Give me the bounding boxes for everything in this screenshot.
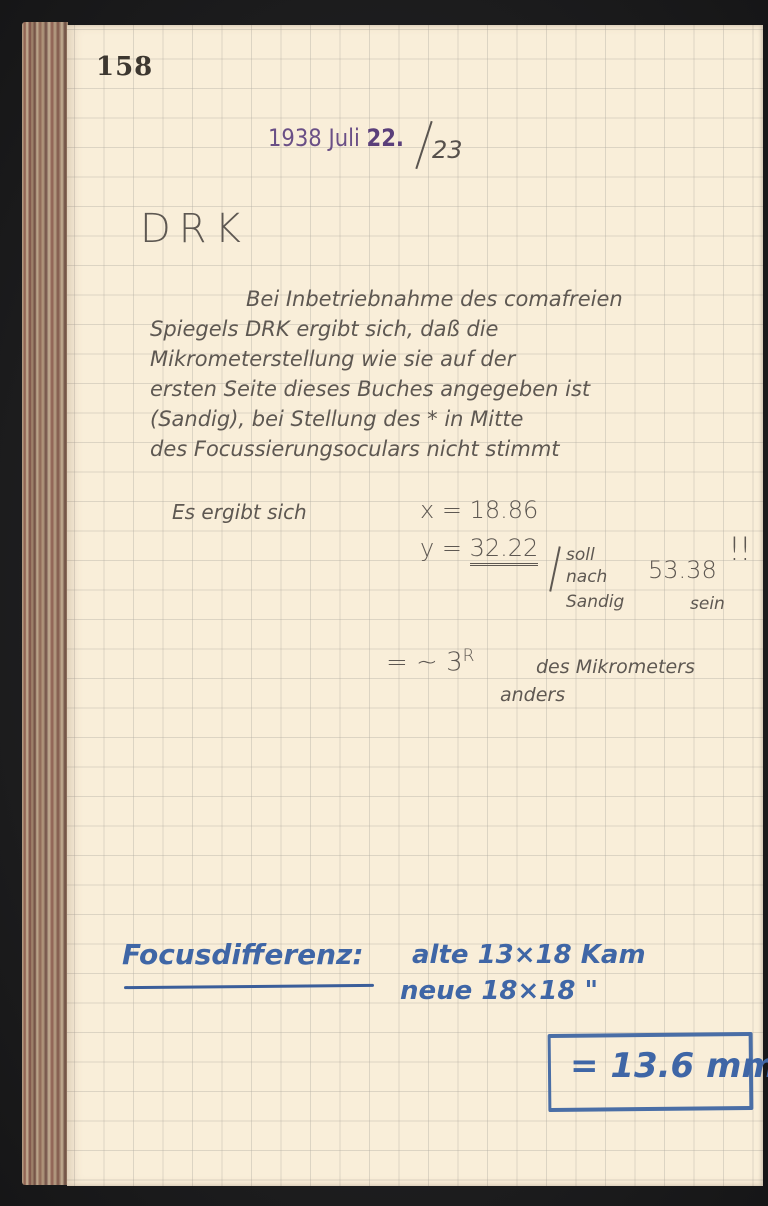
- stamp-day: 22.: [367, 124, 404, 152]
- sandig-text: Sandig: [566, 592, 624, 612]
- soll-line1: soll: [566, 544, 607, 566]
- approx-superscript: R: [463, 646, 475, 666]
- exclamation-mark: !!: [728, 530, 750, 568]
- result-label: Es ergibt sich: [172, 500, 307, 524]
- paragraph-line: Bei Inbetriebnahme des comafreien: [150, 284, 740, 314]
- y-value: 32.22: [470, 534, 539, 566]
- paragraph-line: Mikrometerstellung wie sie auf der: [150, 344, 740, 374]
- sein-text: sein: [690, 594, 725, 614]
- stamp-suffix: 23: [432, 136, 463, 164]
- date-stamp: 1938 Juli 22.: [268, 124, 404, 152]
- paragraph-line: des Focussierungsoculars nicht stimmt: [150, 434, 740, 464]
- focus-label: Focusdifferenz:: [122, 938, 364, 971]
- y-value-row: y = 32.22: [420, 534, 538, 562]
- x-value: x = 18.86: [420, 496, 538, 524]
- soll-value: 53.38: [648, 556, 717, 584]
- neue-camera: neue 18×18 ": [400, 976, 598, 1006]
- approx-value: = ~ 3: [386, 648, 463, 678]
- paragraph-line: Spiegels DRK ergibt sich, daß die: [150, 314, 740, 344]
- approx-symbol: = ~ 3R: [386, 646, 474, 678]
- anders-text: anders: [500, 684, 565, 706]
- page-number: 158: [96, 52, 153, 82]
- stamp-month: Juli: [328, 124, 359, 152]
- heading-drk: DRK: [140, 206, 249, 252]
- page-edges: [22, 22, 68, 1185]
- approx-text: des Mikrometers: [536, 656, 695, 678]
- soll-line2: nach: [566, 566, 607, 588]
- paragraph-line: ersten Seite dieses Buches angegeben ist: [150, 374, 740, 404]
- stamp-year: 1938: [268, 124, 322, 152]
- paragraph: Bei Inbetriebnahme des comafreien Spiege…: [150, 284, 740, 464]
- y-prefix: y =: [420, 534, 470, 562]
- soll-text: soll nach: [566, 544, 607, 588]
- paragraph-line: (Sandig), bei Stellung des * in Mitte: [150, 404, 740, 434]
- alte-camera: alte 13×18 Kam: [412, 940, 646, 970]
- notebook-page: [67, 25, 763, 1186]
- focus-result: = 13.6 mm: [570, 1046, 768, 1086]
